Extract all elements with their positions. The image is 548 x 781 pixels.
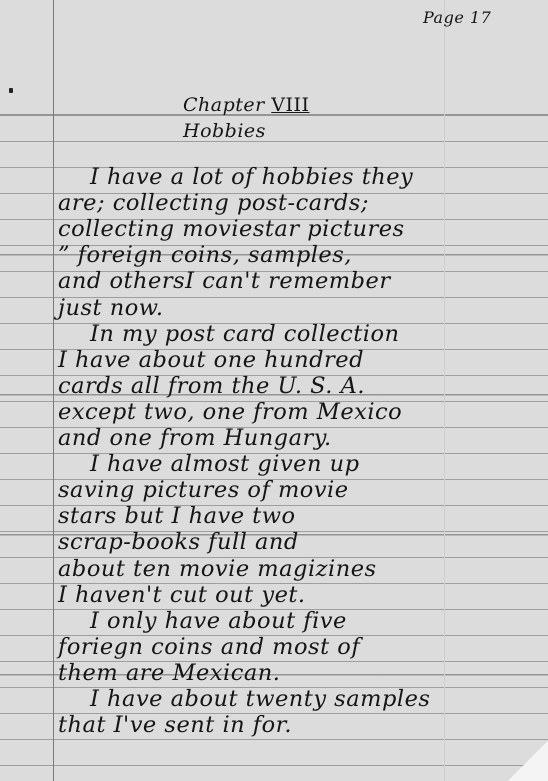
text-line: that I've sent in for.	[58, 712, 292, 738]
chapter-title: Hobbies	[183, 120, 266, 142]
text-line: I have almost given up	[90, 451, 360, 477]
notebook-page: Page 17 Chapter VIII Hobbies I have a lo…	[0, 0, 548, 781]
right-fold-line	[444, 0, 445, 781]
text-line: I have about twenty samples	[90, 686, 430, 712]
text-line: scrap-books full and	[58, 529, 299, 555]
text-line: ” foreign coins, samples,	[58, 242, 352, 268]
text-line: I have about one hundred	[58, 347, 364, 373]
text-line: stars but I have two	[58, 503, 296, 529]
text-line: I have a lot of hobbies they	[90, 164, 413, 190]
chapter-prefix: Chapter	[183, 94, 265, 116]
chapter-heading: Chapter VIII	[183, 94, 310, 116]
left-margin-line	[53, 0, 54, 781]
text-line: I haven't cut out yet.	[58, 582, 306, 608]
text-line: collecting moviestar pictures	[58, 216, 405, 242]
text-line: about ten movie magizines	[58, 556, 377, 582]
text-line: except two, one from Mexico	[58, 399, 402, 425]
page-number: Page 17	[423, 8, 491, 27]
chapter-number: VIII	[271, 94, 309, 116]
text-line: and one from Hungary.	[58, 425, 332, 451]
text-line: I only have about five	[90, 608, 347, 634]
text-line: cards all from the U. S. A.	[58, 373, 365, 399]
text-line: them are Mexican.	[58, 660, 280, 686]
text-line: just now.	[58, 295, 164, 321]
text-line: are; collecting post-cards;	[58, 190, 369, 216]
ink-spot	[9, 88, 13, 93]
text-line: saving pictures of movie	[58, 477, 349, 503]
page-corner-curl	[508, 741, 548, 781]
text-line: In my post card collection	[90, 321, 399, 347]
text-line: foriegn coins and most of	[58, 634, 360, 660]
text-line: and othersI can't remember	[58, 268, 391, 294]
